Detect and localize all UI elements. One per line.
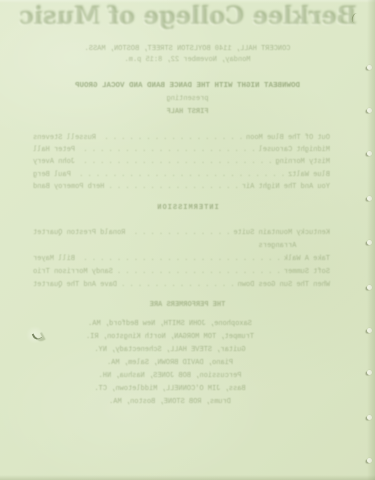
program-performer: Sandy Morrison Trio <box>33 268 113 276</box>
program-title: Misty Morning <box>275 158 330 166</box>
paper-edge-top <box>0 0 375 3</box>
personnel-line: Trumpet, TOM MORGAN, North Kingston, RI. <box>20 333 320 346</box>
intermission-label: INTERMISSION <box>0 204 375 212</box>
program-row: Take A Walk . . . . . . . . . . . . . . … <box>33 255 330 268</box>
program-title: When The Sun Goes Down <box>238 281 330 289</box>
program-second-half-list: Kentucky Mountain Suite . . . . . . . . … <box>33 229 330 294</box>
program-title: Take A Walk <box>284 255 330 263</box>
program-row: When The Sun Goes Down . . . . . . . . .… <box>33 281 330 294</box>
dot-leader: . . . . . . . . . . . . . . . . . . . . … <box>107 183 238 191</box>
program-title: You And The Night Air <box>242 183 330 191</box>
program-performer: Bill Mayer <box>33 255 75 263</box>
program-row: Kentucky Mountain Suite . . . . . . . . … <box>33 229 330 242</box>
personnel-line: Guitar, STEVE HALL, Schenectady, NY. <box>20 346 320 359</box>
program-performer: Dave And The Quartet <box>33 281 117 289</box>
first-half-label: FIRST HALF <box>0 108 375 116</box>
paper-edge-right <box>367 0 375 480</box>
program-performer: Paul Berg <box>33 171 71 179</box>
dot-leader: . . . . . . . . . . . . . . . . . . . . … <box>78 158 272 166</box>
personnel-heading: THE PERFORMERS ARE <box>0 301 375 309</box>
program-title: Kentucky Mountain Suite <box>233 229 330 237</box>
venue-line-1: CONCERT HALL, 1140 BOYLSTON STREET, BOST… <box>0 45 375 53</box>
concert-subtitle: presenting <box>0 95 375 103</box>
dot-leader: . . . . . . . . . . . . . . . . . . . . … <box>116 268 281 276</box>
personnel-line: Percussion, BOB JONES, Nashua, NH. <box>20 372 320 385</box>
program-performer: Peter Hall <box>33 146 75 154</box>
personnel-line: Saxophone, JOHN SMITH, New Bedford, MA. <box>20 320 320 333</box>
concert-title: DOWNBEAT NIGHT WITH THE DANCE BAND AND V… <box>0 82 375 90</box>
dot-leader: . . . . . . . . . . . . . . . . . . . . … <box>78 255 281 263</box>
personnel-line: Piano, DAVID BROWN, Salem, MA. <box>20 359 320 372</box>
program-first-half-list: Out Of The Blue Moon . . . . . . . . . .… <box>33 134 330 195</box>
dot-leader: . . . . . . . . . . . . . . . . . . . . … <box>99 134 243 142</box>
dot-leader: . . . . . . . . . . . . . . . . . . . . … <box>74 171 285 179</box>
program-title: Out Of The Blue Moon <box>246 134 330 142</box>
program-title: Blue Waltz <box>288 171 330 179</box>
venue-line-2: Monday, November 22, 8:15 p.m. <box>0 56 375 64</box>
berklee-wordmark: Berklee College of Music <box>0 1 375 30</box>
program-performer: Russell Stevens <box>33 134 96 142</box>
program-row: Out Of The Blue Moon . . . . . . . . . .… <box>33 134 330 146</box>
dot-leader: . . . . . . . . . . . . . . . . . . . . … <box>128 229 230 237</box>
paper-edge-bottom <box>0 475 375 480</box>
program-performer: Herb Pomeroy Band <box>33 183 104 191</box>
personnel-line: Bass, JIM O'CONNELL, Middletown, CT. <box>20 385 320 398</box>
bleed-text-layer: Berklee College of Music CONCERT HALL, 1… <box>0 0 375 480</box>
personnel-line: Drums, ROB STONE, Boston, MA. <box>20 398 320 411</box>
program-row: Blue Waltz . . . . . . . . . . . . . . .… <box>33 171 330 183</box>
dot-leader: . . . . . . . . . . . . . . . . . . . . … <box>120 281 235 289</box>
program-performer: John Avery <box>33 158 75 166</box>
program-row: Misty Morning . . . . . . . . . . . . . … <box>33 158 330 170</box>
program-title: Soft Summer <box>284 268 330 276</box>
dot-leader: . . . . . . . . . . . . . . . . . . . . … <box>78 146 256 154</box>
program-row: Soft Summer . . . . . . . . . . . . . . … <box>33 268 330 281</box>
program-performer: Ronald Preston Quartet <box>33 229 125 237</box>
program-row: You And The Night Air . . . . . . . . . … <box>33 183 330 195</box>
program-row: Arrangers <box>33 242 330 255</box>
program-title: Arrangers <box>259 242 330 250</box>
program-row: Midnight Carousel . . . . . . . . . . . … <box>33 146 330 158</box>
personnel-list: Saxophone, JOHN SMITH, New Bedford, MA. … <box>20 320 320 411</box>
scanned-program-page: Berklee College of Music CONCERT HALL, 1… <box>0 0 375 480</box>
program-title: Midnight Carousel <box>259 146 330 154</box>
